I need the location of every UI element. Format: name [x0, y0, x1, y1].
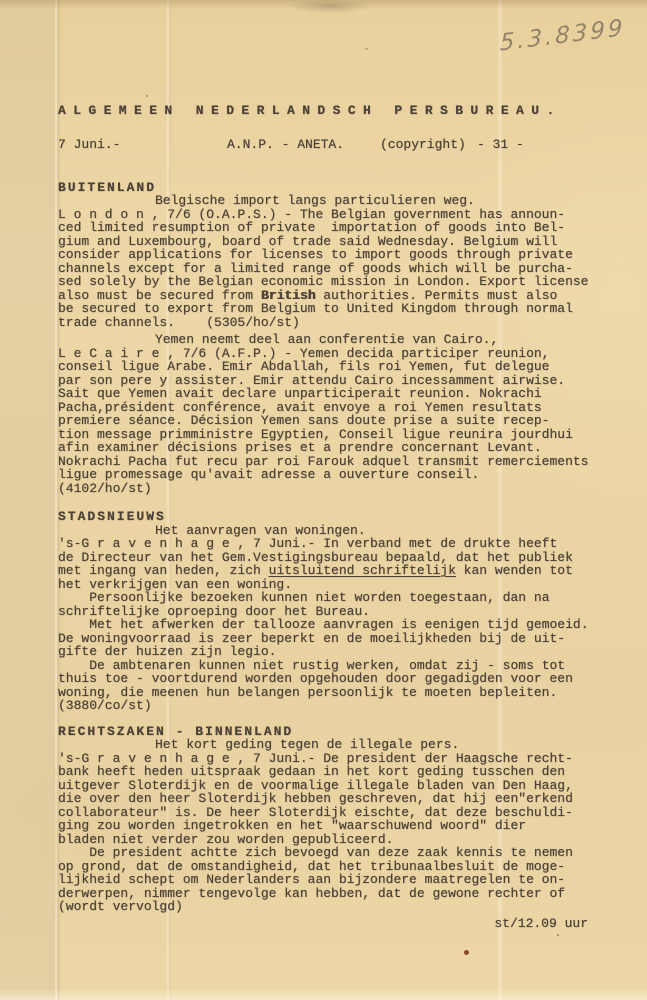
article-kort-geding: Het kort geding tegen de illegale pers. …	[58, 738, 610, 914]
paper-stain	[464, 950, 469, 955]
article-yemen-cairo: Yemen neemt deel aan conferentie van Cai…	[58, 333, 610, 495]
footer-timestamp: st/12.09 uur	[58, 917, 610, 931]
section-rechtszaken: RECHTSZAKEN - BINNENLAND Het kort geding…	[58, 725, 610, 914]
article-body: L e C a i r e , 7/6 (A.F.P.) - Yemen dec…	[58, 347, 610, 496]
scanned-press-bulletin-page: 5.3.8399 ALGEMEEN NEDERLANDSCH PERSBUREA…	[0, 0, 647, 1000]
article-headline: Het kort geding tegen de illegale pers.	[58, 738, 610, 752]
article-headline: Het aanvragen van woningen.	[58, 524, 610, 538]
article-headline: Belgische import langs particulieren weg…	[58, 194, 610, 208]
section-stadsnieuws: STADSNIEUWS Het aanvragen van woningen. …	[58, 510, 610, 713]
section-heading: STADSNIEUWS	[58, 510, 610, 524]
article-headline: Yemen neemt deel aan conferentie van Cai…	[58, 333, 610, 347]
dateline-date: 7 Juni.-	[58, 138, 120, 152]
paper-speck	[557, 934, 559, 936]
dateline-copyright: (copyright)	[380, 138, 466, 152]
section-heading: RECHTSZAKEN - BINNENLAND	[58, 725, 610, 739]
body-text-underlined: uitsluitend schriftelijk	[269, 563, 456, 578]
dateline: 7 Juni.- A.N.P. - ANETA. (copyright) - 3…	[58, 138, 610, 152]
article-belgian-import: Belgische import langs particulieren weg…	[58, 194, 610, 329]
article-woningen: Het aanvragen van woningen. 's-G r a v e…	[58, 524, 610, 713]
article-body: 's-G r a v e n h a g e , 7 Juni.- In ver…	[58, 537, 610, 713]
dateline-page-number: - 31 -	[477, 138, 524, 152]
article-body: L o n d o n , 7/6 (O.A.P.S.) - The Belgi…	[58, 208, 610, 330]
masthead-title: ALGEMEEN NEDERLANDSCH PERSBUREAU.	[58, 104, 610, 118]
body-text: kan wenden tot het verkrijgen van een wo…	[58, 563, 589, 713]
section-buitenland: BUITENLAND Belgische import langs partic…	[58, 181, 610, 496]
section-heading: BUITENLAND	[58, 181, 610, 195]
article-body: 's-G r a v e n h a g e , 7 Juni.- De pre…	[58, 752, 610, 914]
dateline-agency: A.N.P. - ANETA.	[227, 138, 344, 152]
typewritten-content: ALGEMEEN NEDERLANDSCH PERSBUREAU. 7 Juni…	[58, 0, 610, 930]
